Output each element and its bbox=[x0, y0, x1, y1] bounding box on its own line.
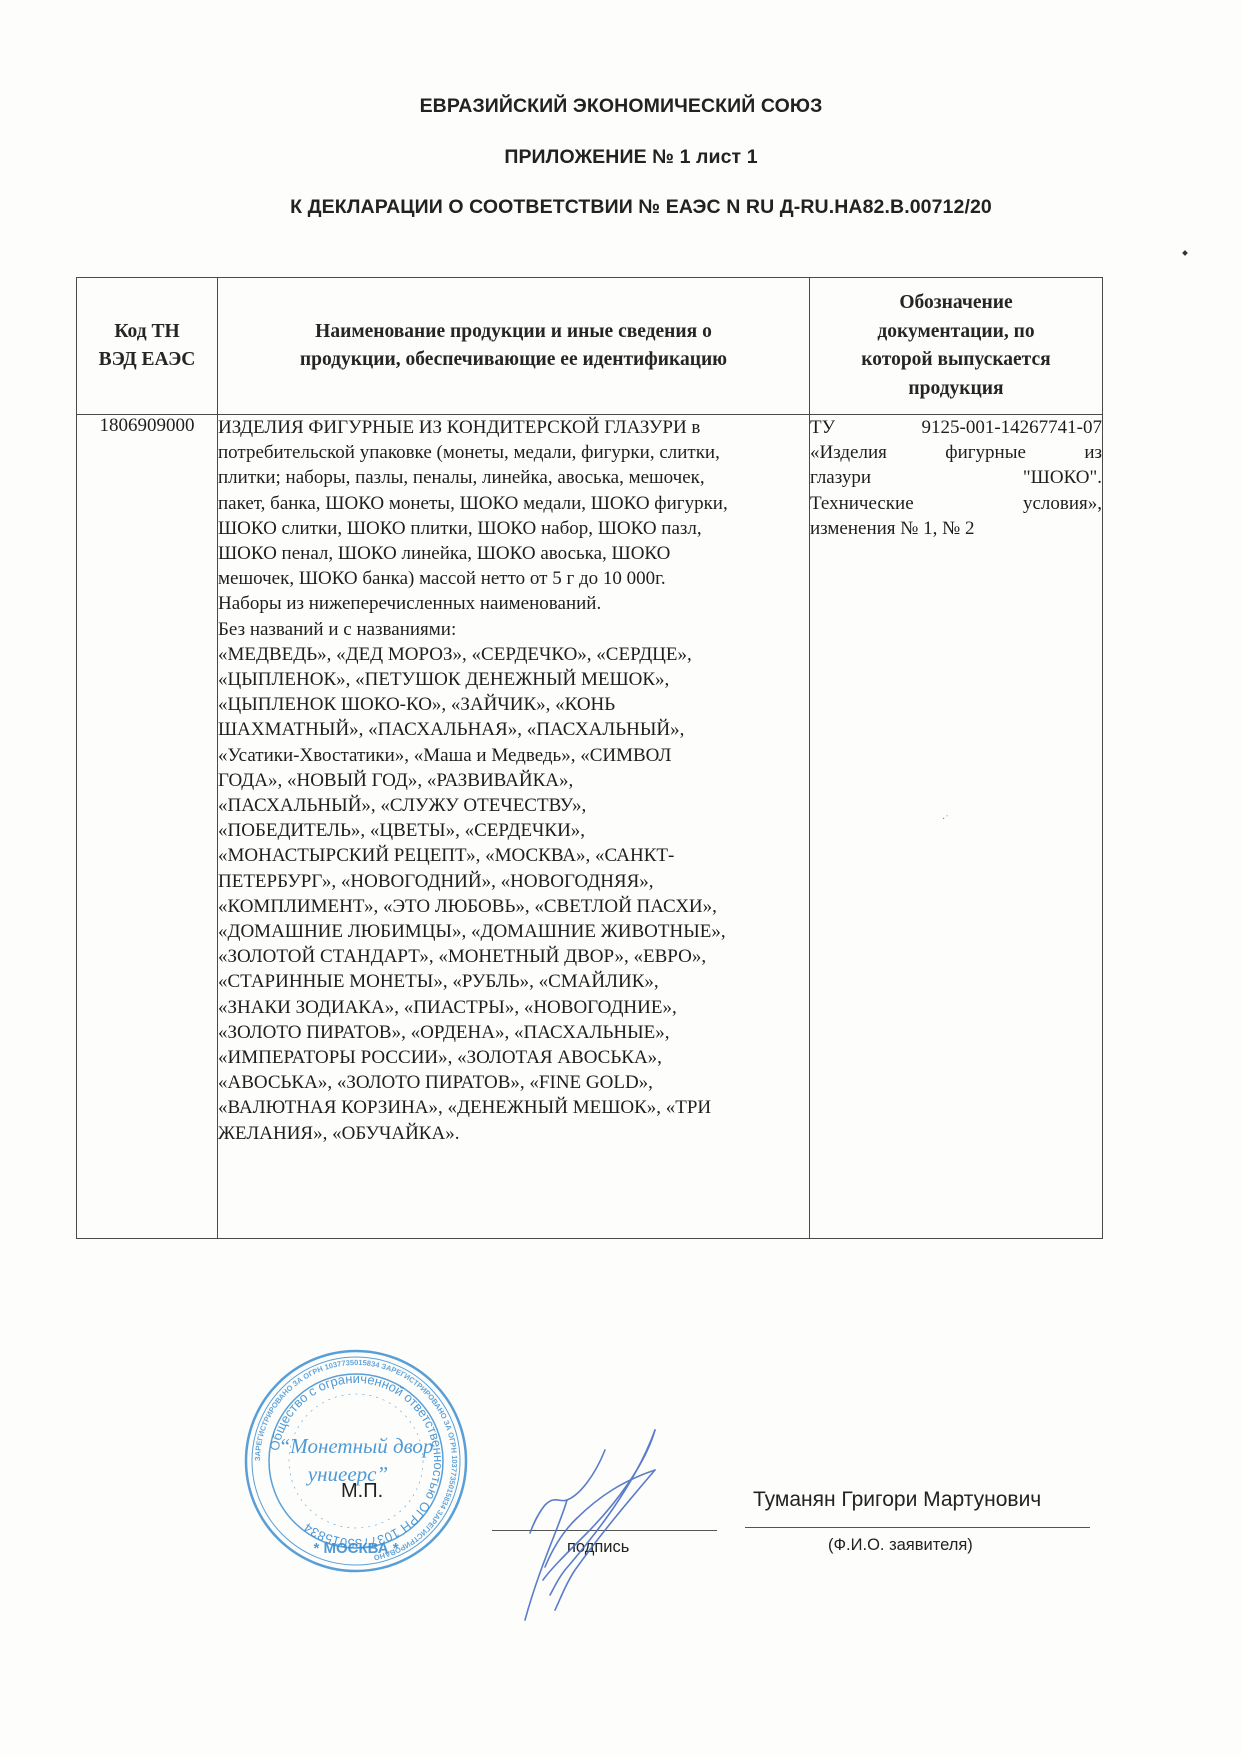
description-line: «Усатики-Хвостатики», «Маша и Медведь», … bbox=[218, 743, 809, 768]
description-line: «МЕДВЕДЬ», «ДЕД МОРОЗ», «СЕРДЕЧКО», «СЕР… bbox=[218, 642, 809, 667]
seal-city: * МОСКВА * bbox=[313, 1540, 398, 1557]
documentation-line: изменения № 1, № 2 bbox=[810, 516, 1102, 541]
description-line: «АВОСЬКА», «ЗОЛОТО ПИРАТОВ», «FINE GOLD»… bbox=[218, 1070, 809, 1095]
description-line: Наборы из нижеперечисленных наименований… bbox=[218, 591, 809, 616]
header-line: продукции, обеспечивающие ее идентификац… bbox=[218, 346, 809, 375]
description-line: ШАХМАТНЫЙ», «ПАСХАЛЬНАЯ», «ПАСХАЛЬНЫЙ», bbox=[218, 717, 809, 742]
declaration-title: К ДЕКЛАРАЦИИ О СООТВЕТСТВИИ № ЕАЭС N RU … bbox=[20, 196, 1242, 219]
scan-mark bbox=[1182, 250, 1188, 256]
description-line: плитки; наборы, пазлы, пеналы, линейка, … bbox=[218, 465, 809, 490]
handwritten-signature-icon bbox=[505, 1395, 725, 1635]
description-line: ЖЕЛАНИЯ», «ОБУЧАЙКА». bbox=[218, 1121, 809, 1146]
description-line: «ПАСХАЛЬНЫЙ», «СЛУЖУ ОТЕЧЕСТВУ», bbox=[218, 793, 809, 818]
description-line: ШОКО слитки, ШОКО плитки, ШОКО набор, ШО… bbox=[218, 516, 809, 541]
column-header-product: Наименование продукции и иные сведения о… bbox=[218, 278, 810, 415]
description-line: «ЦЫПЛЕНОК», «ПЕТУШОК ДЕНЕЖНЫЙ МЕШОК», bbox=[218, 667, 809, 692]
header-line: Обозначение bbox=[810, 289, 1102, 318]
description-line: мешочек, ШОКО банка) массой нетто от 5 г… bbox=[218, 566, 809, 591]
applicant-name: Туманян Григори Мартунович bbox=[753, 1488, 1041, 1512]
header-line: которой выпускается bbox=[810, 346, 1102, 375]
documentation-line: глазури "ШОКО". bbox=[810, 465, 1102, 490]
description-line: «ЗОЛОТОЙ СТАНДАРТ», «МОНЕТНЫЙ ДВОР», «ЕВ… bbox=[218, 944, 809, 969]
description-line: «ЗНАКИ ЗОДИАКА», «ПИАСТРЫ», «НОВОГОДНИЕ»… bbox=[218, 995, 809, 1020]
documentation-cell: ТУ 9125-001-14267741-07«Изделия фигурные… bbox=[810, 415, 1103, 1239]
description-line: Без названий и с названиями: bbox=[218, 617, 809, 642]
header-line: продукция bbox=[810, 375, 1102, 404]
applicant-name-line bbox=[745, 1527, 1090, 1528]
header-line: Наименование продукции и иные сведения о bbox=[218, 318, 809, 347]
product-table: Код ТН ВЭД ЕАЭС Наименование продукции и… bbox=[76, 277, 1103, 1239]
description-line: ПЕТЕРБУРГ», «НОВОГОДНИЙ», «НОВОГОДНЯЯ», bbox=[218, 869, 809, 894]
documentation-line: ТУ 9125-001-14267741-07 bbox=[810, 415, 1102, 440]
description-line: «ЗОЛОТО ПИРАТОВ», «ОРДЕНА», «ПАСХАЛЬНЫЕ»… bbox=[218, 1020, 809, 1045]
description-line: ГОДА», «НОВЫЙ ГОД», «РАЗВИВАЙКА», bbox=[218, 768, 809, 793]
seal-company-name: “Монетный двор bbox=[279, 1434, 434, 1458]
description-line: «СТАРИННЫЕ МОНЕТЫ», «РУБЛЬ», «СМАЙЛИК», bbox=[218, 969, 809, 994]
table-header-row: Код ТН ВЭД ЕАЭС Наименование продукции и… bbox=[77, 278, 1103, 415]
product-description-cell: ИЗДЕЛИЯ ФИГУРНЫЕ ИЗ КОНДИТЕРСКОЙ ГЛАЗУРИ… bbox=[218, 415, 810, 1239]
description-line: пакет, банка, ШОКО монеты, ШОКО медали, … bbox=[218, 491, 809, 516]
applicant-caption: (Ф.И.О. заявителя) bbox=[828, 1536, 973, 1555]
company-seal-icon: ЗАРЕГИСТРИРОВАНО ЗА ОГРН 1037735015834 З… bbox=[243, 1348, 469, 1574]
table-row: 1806909000 ИЗДЕЛИЯ ФИГУРНЫЕ ИЗ КОНДИТЕРС… bbox=[77, 415, 1103, 1239]
column-header-code: Код ТН ВЭД ЕАЭС bbox=[77, 278, 218, 415]
seal-place-label: М.П. bbox=[341, 1480, 383, 1503]
documentation-line: Технические условия», bbox=[810, 491, 1102, 516]
header-line: ВЭД ЕАЭС bbox=[77, 346, 217, 375]
description-line: «ИМПЕРАТОРЫ РОССИИ», «ЗОЛОТАЯ АВОСЬКА», bbox=[218, 1045, 809, 1070]
description-line: «ВАЛЮТНАЯ КОРЗИНА», «ДЕНЕЖНЫЙ МЕШОК», «Т… bbox=[218, 1095, 809, 1120]
description-line: «ЦЫПЛЕНОК ШОКО-КО», «ЗАЙЧИК», «КОНЬ bbox=[218, 692, 809, 717]
description-line: потребительской упаковке (монеты, медали… bbox=[218, 440, 809, 465]
column-header-documentation: Обозначение документации, по которой вып… bbox=[810, 278, 1103, 415]
header-line: документации, по bbox=[810, 318, 1102, 347]
svg-text:ЗАРЕГИСТРИРОВАНО ЗА ОГРН 10377: ЗАРЕГИСТРИРОВАНО ЗА ОГРН 1037735015834 З… bbox=[253, 1358, 459, 1562]
description-line: «КОМПЛИМЕНТ», «ЭТО ЛЮБОВЬ», «СВЕТЛОЙ ПАС… bbox=[218, 894, 809, 919]
description-line: ИЗДЕЛИЯ ФИГУРНЫЕ ИЗ КОНДИТЕРСКОЙ ГЛАЗУРИ… bbox=[218, 415, 809, 440]
description-line: ШОКО пенал, ШОКО линейка, ШОКО авоська, … bbox=[218, 541, 809, 566]
appendix-title: ПРИЛОЖЕНИЕ № 1 лист 1 bbox=[10, 146, 1242, 169]
documentation-line: «Изделия фигурные из bbox=[810, 440, 1102, 465]
description-line: «ПОБЕДИТЕЛЬ», «ЦВЕТЫ», «СЕРДЕЧКИ», bbox=[218, 818, 809, 843]
union-title: ЕВРАЗИЙСКИЙ ЭКОНОМИЧЕСКИЙ СОЮЗ bbox=[0, 95, 1242, 118]
description-line: «ДОМАШНИЕ ЛЮБИМЦЫ», «ДОМАШНИЕ ЖИВОТНЫЕ», bbox=[218, 919, 809, 944]
header-line: Код ТН bbox=[77, 318, 217, 347]
scan-speck: ·ˈ bbox=[942, 814, 950, 820]
hs-code-cell: 1806909000 bbox=[77, 415, 218, 1239]
description-line: «МОНАСТЫРСКИЙ РЕЦЕПТ», «МОСКВА», «САНКТ- bbox=[218, 843, 809, 868]
